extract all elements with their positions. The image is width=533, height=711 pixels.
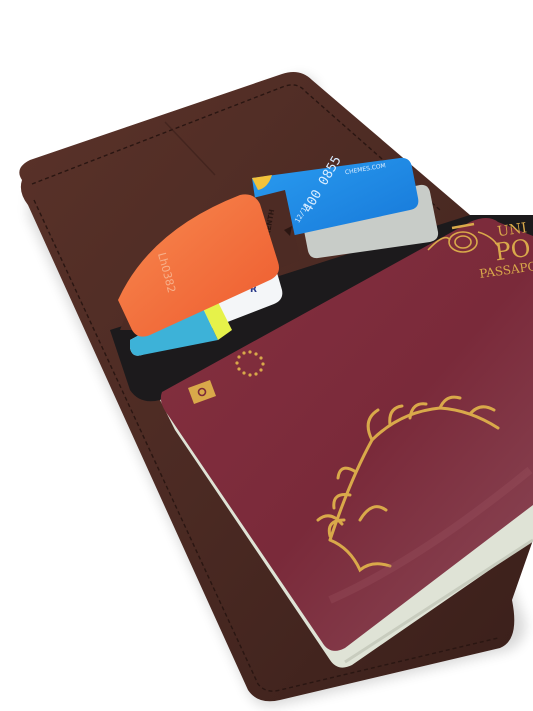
passport-wallet-photo: 400 0855 12/18 CHEMES.COM RENTH R Lh0382 — [0, 0, 533, 711]
